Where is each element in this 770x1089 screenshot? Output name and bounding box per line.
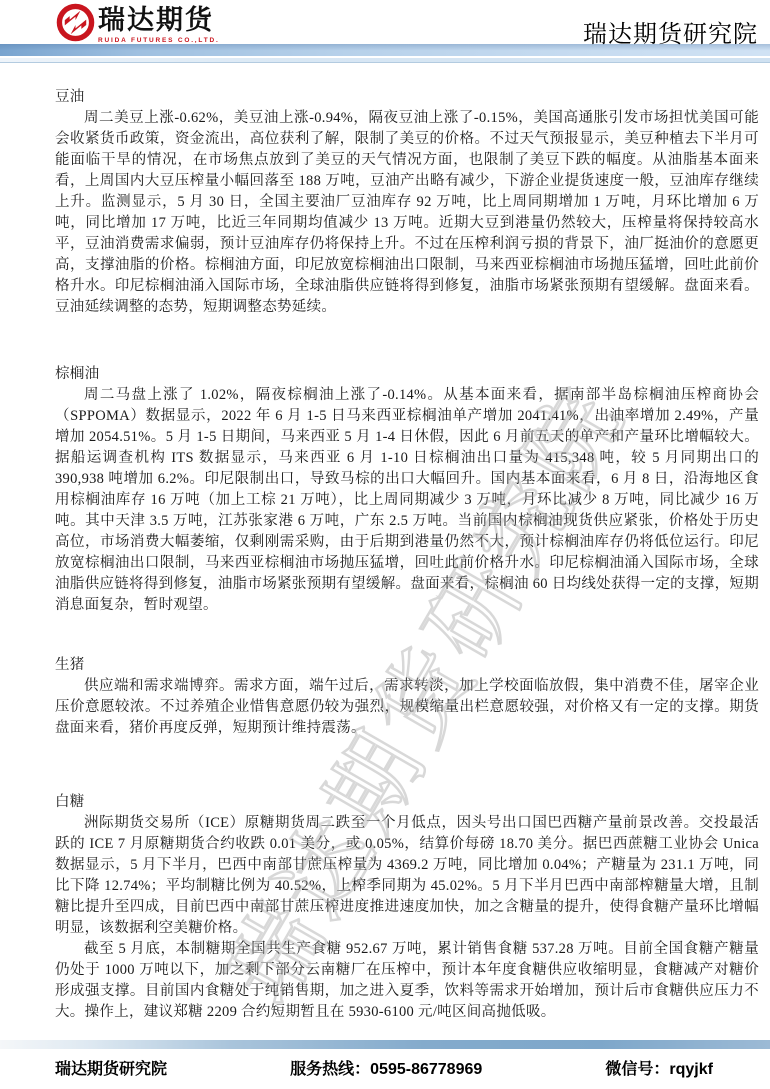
footer-hotline-number: 0595-86778969: [370, 1061, 482, 1078]
report-body: 豆油 周二美豆上涨-0.62%，美豆油上涨-0.94%，隔夜豆油上涨了-0.15…: [0, 63, 770, 1023]
section-palm-oil: 棕榈油 周二马盘上涨了 1.02%，隔夜棕榈油上涨了-0.14%。从基本面来看，…: [55, 364, 759, 616]
brand-logo: 瑞达期货 RUIDA FUTURES CO.,LTD.: [56, 3, 220, 44]
brand-name-cn: 瑞达期货: [98, 7, 220, 34]
section-white-sugar: 白糖 洲际期货交易所（ICE）原糖期货周二跌至一个月低点，因头号出口国巴西糖产量…: [55, 792, 759, 1023]
header: 瑞达期货 RUIDA FUTURES CO.,LTD. 瑞达期货研究院: [0, 0, 770, 44]
footer-org: 瑞达期货研究院: [55, 1056, 167, 1079]
section-live-hogs: 生猪 供应端和需求端博弈。需求方面，端午过后，需求转淡，加上学校面临放假，集中消…: [55, 655, 759, 739]
section-paragraph: 洲际期货交易所（ICE）原糖期货周二跌至一个月低点，因头号出口国巴西糖产量前景改…: [55, 813, 759, 939]
header-title: 瑞达期货研究院: [583, 14, 758, 49]
section-paragraph: 周二马盘上涨了 1.02%，隔夜棕榈油上涨了-0.14%。从基本面来看，据南部半…: [55, 385, 759, 616]
footer-hotline: 服务热线：0595-86778969: [290, 1056, 482, 1079]
footer-wechat-label: 微信号：: [605, 1061, 669, 1078]
footer-hotline-label: 服务热线：: [290, 1061, 370, 1078]
report-page: 瑞达期货 RUIDA FUTURES CO.,LTD. 瑞达期货研究院 豆油 周…: [0, 0, 770, 1089]
brand-name-en: RUIDA FUTURES CO.,LTD.: [98, 37, 220, 44]
section-soybean-oil: 豆油 周二美豆上涨-0.62%，美豆油上涨-0.94%，隔夜豆油上涨了-0.15…: [55, 87, 759, 318]
section-paragraph: 截至 5 月底，本制糖期全国共生产食糖 952.67 万吨，累计销售食糖 537…: [55, 939, 759, 1023]
section-title: 生猪: [55, 655, 759, 676]
footer-divider-bar: [0, 1040, 770, 1049]
ruida-emblem-icon: [56, 3, 95, 42]
footer: 瑞达期货研究院 服务热线：0595-86778969 微信号：rqyjkf: [0, 1056, 770, 1079]
footer-wechat: 微信号：rqyjkf: [605, 1056, 713, 1079]
footer-wechat-id: rqyjkf: [669, 1061, 713, 1078]
section-title: 棕榈油: [55, 364, 759, 385]
section-paragraph: 供应端和需求端博弈。需求方面，端午过后，需求转淡，加上学校面临放假，集中消费不佳…: [55, 676, 759, 739]
section-paragraph: 周二美豆上涨-0.62%，美豆油上涨-0.94%，隔夜豆油上涨了-0.15%，美…: [55, 108, 759, 318]
section-title: 白糖: [55, 792, 759, 813]
section-title: 豆油: [55, 87, 759, 108]
